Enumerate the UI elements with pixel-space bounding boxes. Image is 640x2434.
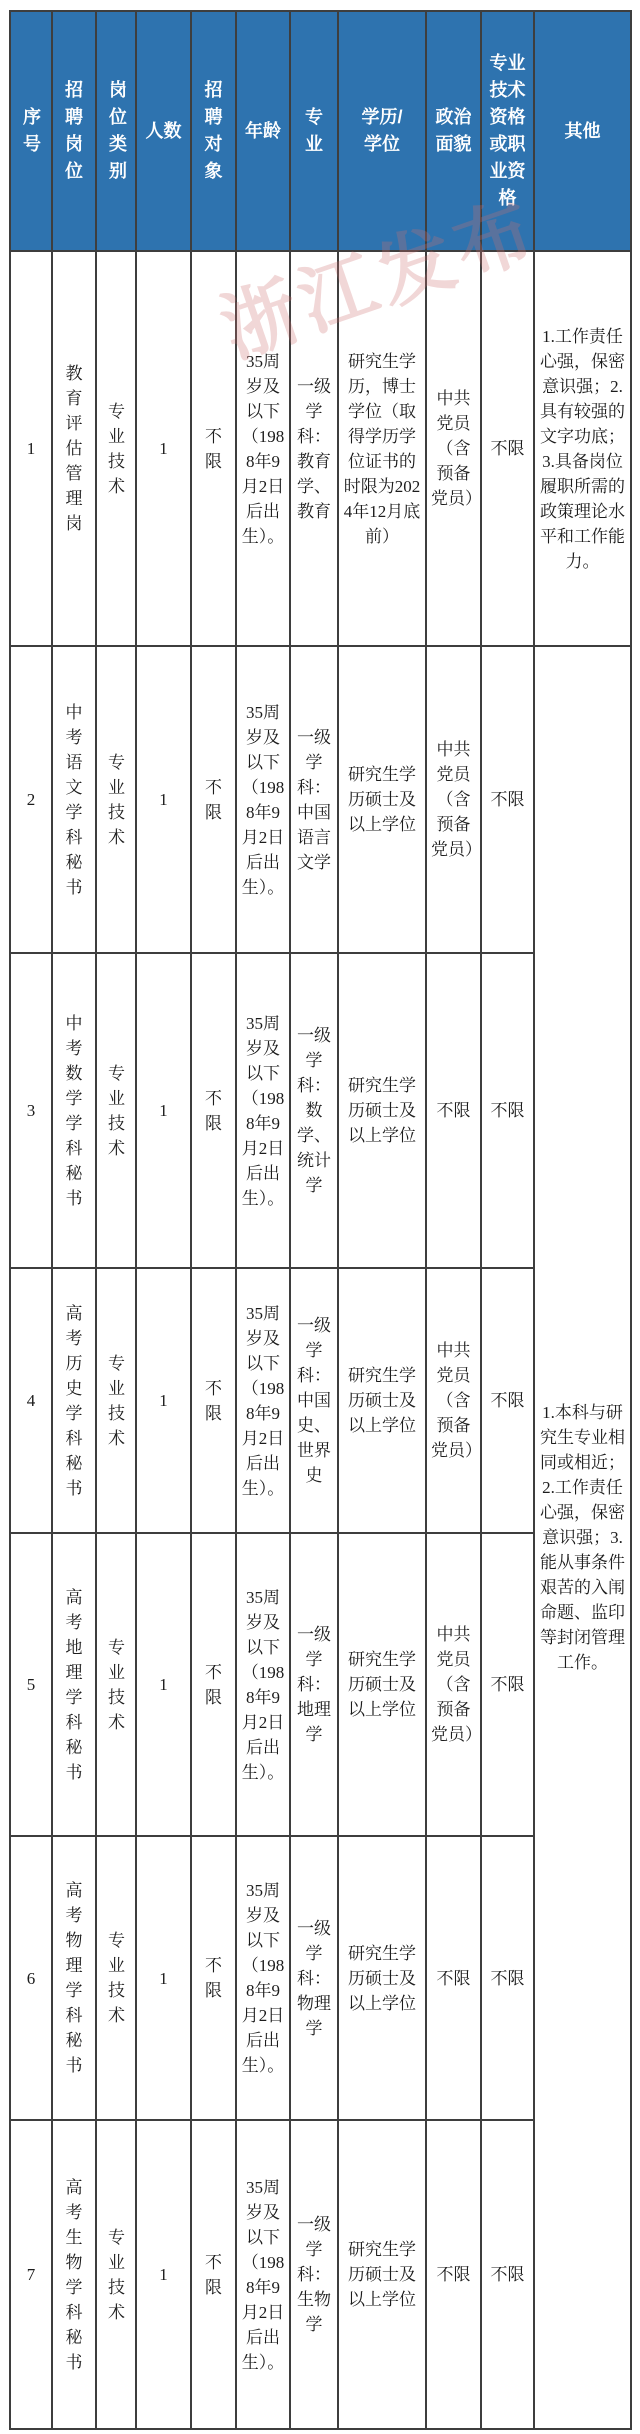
page: 序号 招聘岗位 岗位类别 人数 招聘对象 年龄 专业 学历/学位 政治面貌 专业…	[0, 0, 640, 2434]
cell-degree: 研究生学历硕士及以上学位	[338, 2120, 426, 2429]
cell-target: 不限	[191, 1836, 236, 2120]
cell-post: 中考数学学科秘书	[52, 953, 96, 1268]
cell-category: 专业技术	[96, 1533, 136, 1836]
cell-other: 1.工作责任心强，保密意识强；2.具有较强的文字功底；3.具备岗位履职所需的政策…	[534, 251, 631, 646]
table-row: 2 中考语文学科秘书 专业技术 1 不限 35周岁及以下（1988年9月2日后出…	[10, 646, 631, 953]
cell-post: 教育评估管理岗	[52, 251, 96, 646]
cell-category: 专业技术	[96, 646, 136, 953]
cell-seq: 5	[10, 1533, 52, 1836]
header-target: 招聘对象	[191, 11, 236, 251]
cell-political: 不限	[426, 1836, 481, 2120]
header-degree: 学历/学位	[338, 11, 426, 251]
cell-count: 1	[136, 1268, 191, 1533]
header-political: 政治面貌	[426, 11, 481, 251]
cell-political: 中共党员（含预备党员）	[426, 251, 481, 646]
cell-target: 不限	[191, 2120, 236, 2429]
cell-count: 1	[136, 2120, 191, 2429]
cell-post: 高考物理学科秘书	[52, 1836, 96, 2120]
cell-target: 不限	[191, 953, 236, 1268]
cell-political: 中共党员（含预备党员）	[426, 646, 481, 953]
cell-target: 不限	[191, 646, 236, 953]
header-category: 岗位类别	[96, 11, 136, 251]
header-qualification: 专业技术资格或职业资格	[481, 11, 534, 251]
cell-post: 高考地理学科秘书	[52, 1533, 96, 1836]
cell-qualification: 不限	[481, 2120, 534, 2429]
cell-post: 高考历史学科秘书	[52, 1268, 96, 1533]
header-seq: 序号	[10, 11, 52, 251]
cell-major: 一级学科：中国史、世界史	[290, 1268, 338, 1533]
cell-age: 35周岁及以下（1988年9月2日后出生）。	[236, 646, 290, 953]
cell-degree: 研究生学历硕士及以上学位	[338, 646, 426, 953]
cell-age: 35周岁及以下（1988年9月2日后出生）。	[236, 953, 290, 1268]
cell-political: 中共党员（含预备党员）	[426, 1533, 481, 1836]
header-age: 年龄	[236, 11, 290, 251]
cell-category: 专业技术	[96, 1836, 136, 2120]
cell-seq: 7	[10, 2120, 52, 2429]
cell-degree: 研究生学历硕士及以上学位	[338, 1533, 426, 1836]
cell-political: 不限	[426, 953, 481, 1268]
cell-qualification: 不限	[481, 251, 534, 646]
cell-count: 1	[136, 1836, 191, 2120]
cell-category: 专业技术	[96, 953, 136, 1268]
recruitment-table: 序号 招聘岗位 岗位类别 人数 招聘对象 年龄 专业 学历/学位 政治面貌 专业…	[9, 10, 632, 2430]
cell-category: 专业技术	[96, 251, 136, 646]
cell-qualification: 不限	[481, 1533, 534, 1836]
cell-political: 不限	[426, 2120, 481, 2429]
table-row: 1 教育评估管理岗 专业技术 1 不限 35周岁及以下（1988年9月2日后出生…	[10, 251, 631, 646]
cell-age: 35周岁及以下（1988年9月2日后出生）。	[236, 251, 290, 646]
cell-other-merged: 1.本科与研究生专业相同或相近；2.工作责任心强，保密意识强；3.能从事条件艰苦…	[534, 646, 631, 2429]
cell-category: 专业技术	[96, 2120, 136, 2429]
cell-target: 不限	[191, 1268, 236, 1533]
cell-qualification: 不限	[481, 646, 534, 953]
header-major: 专业	[290, 11, 338, 251]
cell-target: 不限	[191, 251, 236, 646]
cell-seq: 4	[10, 1268, 52, 1533]
cell-degree: 研究生学历硕士及以上学位	[338, 1268, 426, 1533]
header-row: 序号 招聘岗位 岗位类别 人数 招聘对象 年龄 专业 学历/学位 政治面貌 专业…	[10, 11, 631, 251]
cell-degree: 研究生学历硕士及以上学位	[338, 1836, 426, 2120]
cell-major: 一级学科：中国语言文学	[290, 646, 338, 953]
header-other: 其他	[534, 11, 631, 251]
cell-degree: 研究生学历，博士学位（取得学历学位证书的时限为2024年12月底前）	[338, 251, 426, 646]
cell-post: 中考语文学科秘书	[52, 646, 96, 953]
cell-seq: 2	[10, 646, 52, 953]
cell-major: 一级学科：生物学	[290, 2120, 338, 2429]
cell-qualification: 不限	[481, 953, 534, 1268]
cell-count: 1	[136, 953, 191, 1268]
cell-count: 1	[136, 1533, 191, 1836]
cell-age: 35周岁及以下（1988年9月2日后出生）。	[236, 1533, 290, 1836]
cell-seq: 1	[10, 251, 52, 646]
cell-target: 不限	[191, 1533, 236, 1836]
cell-age: 35周岁及以下（1988年9月2日后出生）。	[236, 1268, 290, 1533]
cell-category: 专业技术	[96, 1268, 136, 1533]
cell-seq: 6	[10, 1836, 52, 2120]
cell-degree: 研究生学历硕士及以上学位	[338, 953, 426, 1268]
cell-post: 高考生物学科秘书	[52, 2120, 96, 2429]
cell-age: 35周岁及以下（1988年9月2日后出生）。	[236, 1836, 290, 2120]
cell-major: 一级学科：数学、统计学	[290, 953, 338, 1268]
cell-major: 一级学科：地理学	[290, 1533, 338, 1836]
cell-seq: 3	[10, 953, 52, 1268]
cell-age: 35周岁及以下（1988年9月2日后出生）。	[236, 2120, 290, 2429]
cell-count: 1	[136, 251, 191, 646]
header-post: 招聘岗位	[52, 11, 96, 251]
cell-political: 中共党员（含预备党员）	[426, 1268, 481, 1533]
cell-major: 一级学科：教育学、教育	[290, 251, 338, 646]
cell-major: 一级学科：物理学	[290, 1836, 338, 2120]
cell-qualification: 不限	[481, 1836, 534, 2120]
header-count: 人数	[136, 11, 191, 251]
cell-qualification: 不限	[481, 1268, 534, 1533]
cell-count: 1	[136, 646, 191, 953]
